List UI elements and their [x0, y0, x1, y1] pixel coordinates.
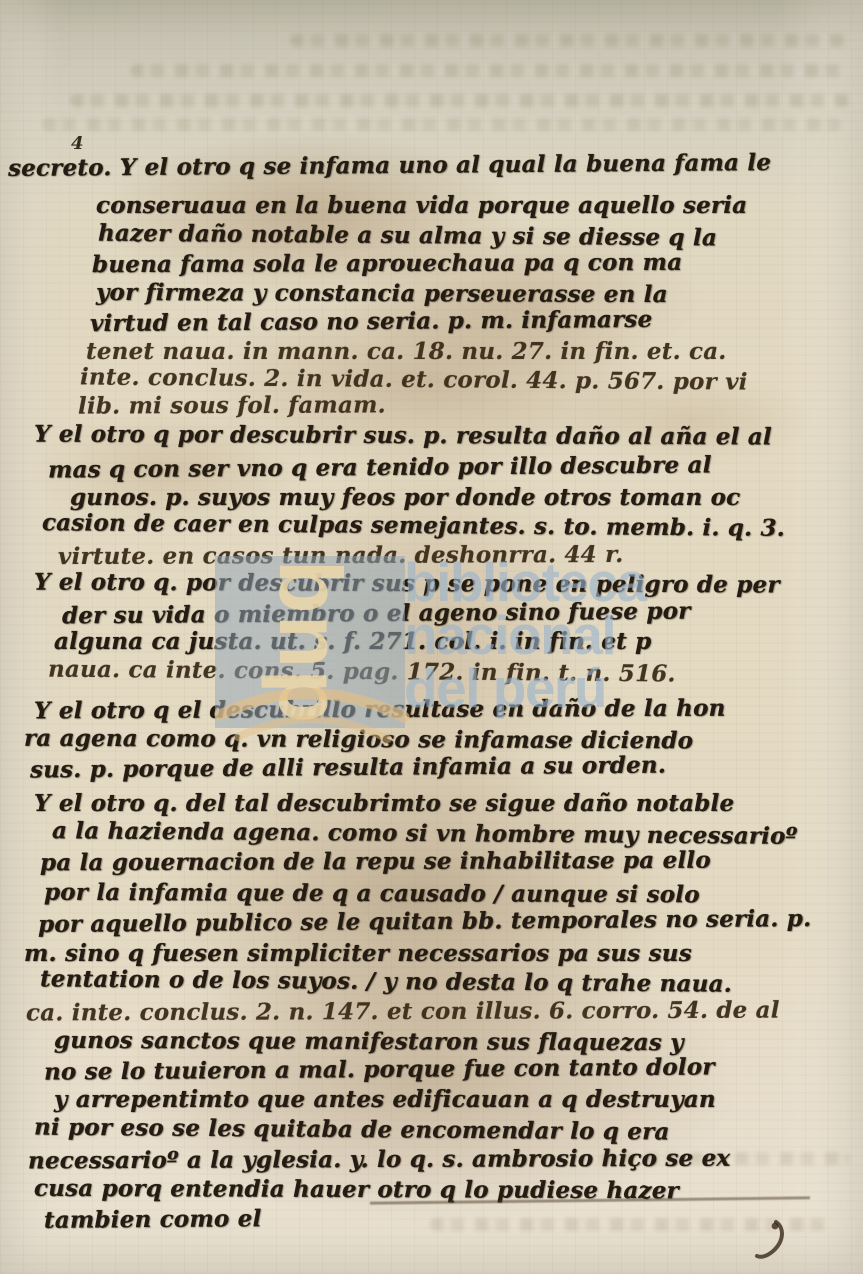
manuscript-line: m. sino q fuesen simpliciter necessarios…: [24, 940, 692, 967]
watermark-text-line: biblioteca: [404, 556, 646, 609]
manuscript-line: gunos. p. suyos muy feos por donde otros…: [70, 484, 740, 511]
manuscript-line: casion de caer en culpas semejantes. s. …: [42, 509, 785, 542]
manuscript-line: no se lo tuuieron a mal. porque fue con …: [44, 1053, 715, 1085]
manuscript-line: a la hazienda agena. como si vn hombre m…: [52, 817, 798, 850]
ink-flourish-mark: [752, 1218, 792, 1264]
manuscript-line: conseruaua en la buena vida porque aquel…: [96, 192, 747, 219]
manuscript-line: hazer daño notable a su alma y si se die…: [98, 220, 717, 252]
manuscript-line: ni por eso se les quitaba de encomendar …: [34, 1114, 670, 1146]
ink-bleed-ghost: [130, 64, 850, 77]
ink-bleed-ghost: [290, 34, 850, 47]
manuscript-line: inte. conclus. 2. in vida. et. corol. 44…: [80, 363, 748, 395]
manuscript-line: gunos sanctos que manifestaron sus flaqu…: [54, 1027, 684, 1056]
watermark-text-line: del perú: [404, 662, 646, 715]
manuscript-line: tambien como el: [44, 1205, 262, 1234]
manuscript-line: tenet naua. in mann. ca. 18. nu. 27. in …: [86, 338, 727, 365]
manuscript-line: Y el otro q por descubrir sus. p. result…: [34, 421, 772, 451]
watermark-text-line: nacional: [404, 609, 646, 662]
manuscript-line: por aquello publico se le quitan bb. tem…: [38, 905, 811, 938]
manuscript-line: tentation o de los suyos. / y no desta l…: [40, 965, 732, 997]
manuscript-line: Y el otro q. del tal descubrimto se sigu…: [34, 790, 734, 817]
manuscript-line: necessarioº a la yglesia. y. lo q. s. am…: [28, 1145, 730, 1175]
manuscript-line: buena fama sola le aprouechaua pa q con …: [92, 249, 682, 278]
watermark-swoosh-icon: [212, 645, 412, 755]
manuscript-page: 4 secreto. Y el otro q se infama uno al …: [0, 0, 863, 1274]
manuscript-line: virtud en tal caso no seria. p. m. infam…: [90, 306, 653, 337]
manuscript-line: mas q con ser vno q era tenido por illo …: [48, 451, 712, 483]
page-number: 4: [71, 133, 84, 154]
manuscript-line: lib. mi sous fol. famam.: [78, 391, 386, 419]
ink-bleed-ghost: [42, 118, 842, 131]
manuscript-line: secreto. Y el otro q se infama uno al qu…: [8, 149, 771, 182]
watermark-text: biblioteca nacional del perú: [404, 556, 646, 715]
ink-bleed-ghost: [70, 94, 850, 107]
manuscript-line: ca. inte. conclus. 2. n. 147. et con ill…: [26, 997, 780, 1027]
manuscript-line: sus. p. porque de alli resulta infamia a…: [30, 752, 666, 784]
manuscript-line: por la infamia que de q a causado / aunq…: [44, 879, 700, 909]
manuscript-line: pa la gouernacion de la repu se inhabili…: [40, 847, 711, 877]
manuscript-line: yor firmeza y constancia perseuerasse en…: [96, 279, 668, 308]
manuscript-line: y arrepentimto que antes edificauan a q …: [54, 1086, 716, 1113]
